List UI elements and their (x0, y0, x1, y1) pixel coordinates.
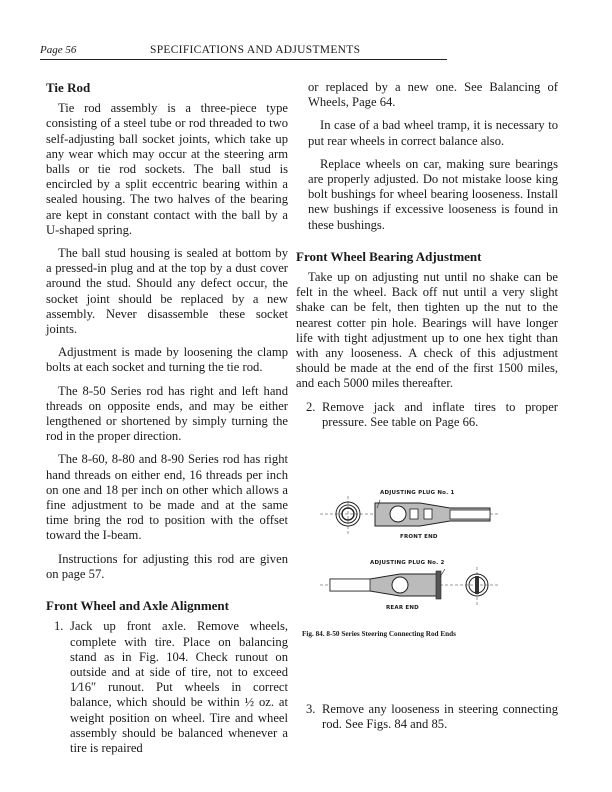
paragraph: Adjustment is made by loosening the clam… (46, 345, 288, 375)
paragraph: or replaced by a new one. See Balancing … (296, 80, 558, 110)
label-adjusting-plug-1: ADJUSTING PLUG No. 1 (380, 490, 455, 496)
paragraph: Take up on adjusting nut until no shake … (296, 270, 558, 392)
item-number: 1. (54, 619, 70, 756)
figure-rear-end: ADJUSTING PLUG No. 2 REAR END (300, 563, 550, 623)
page-number: Page 56 (40, 44, 76, 56)
section-heading-alignment: Front Wheel and Axle Alignment (46, 598, 288, 613)
right-column-bottom: 3. Remove any looseness in steering conn… (306, 702, 558, 740)
figure-front-end: ADJUSTING PLUG No. 1 FRONT END (300, 488, 550, 548)
paragraph: The 8-60, 8-80 and 8-90 Series rod has r… (46, 452, 288, 543)
paragraph: The ball stud housing is sealed at botto… (46, 246, 288, 337)
label-rear-end: REAR END (386, 605, 419, 611)
paragraph: The 8-50 Series rod has right and left h… (46, 384, 288, 445)
item-number: 2. (306, 400, 322, 430)
list-item: 2. Remove jack and inflate tires to prop… (296, 400, 558, 430)
rod-end-rear-diagram (300, 563, 550, 623)
label-front-end: FRONT END (400, 534, 438, 540)
paragraph: Tie rod assembly is a three-piece type c… (46, 101, 288, 238)
paragraph: Replace wheels on car, making sure beari… (296, 157, 558, 233)
item-text: Jack up front axle. Remove wheels, compl… (70, 619, 288, 756)
left-column: Tie Rod Tie rod assembly is a three-piec… (46, 80, 288, 764)
header-rule (40, 59, 447, 60)
item-text: Remove jack and inflate tires to proper … (322, 400, 558, 430)
section-heading-bearing: Front Wheel Bearing Adjustment (296, 249, 558, 264)
item-text: Remove any looseness in steering connect… (322, 702, 558, 732)
section-heading-tie-rod: Tie Rod (46, 80, 288, 95)
figure-caption: Fig. 84. 8-50 Series Steering Connecting… (302, 630, 456, 638)
list-item: 1. Jack up front axle. Remove wheels, co… (46, 619, 288, 756)
item-number: 3. (306, 702, 322, 732)
page-header: Page 56 SPECIFICATIONS AND ADJUSTMENTS (40, 44, 448, 60)
list-item: 3. Remove any looseness in steering conn… (306, 702, 558, 732)
paragraph: In case of a bad wheel tramp, it is nece… (296, 118, 558, 148)
right-column: or replaced by a new one. See Balancing … (296, 80, 558, 438)
label-adjusting-plug-2: ADJUSTING PLUG No. 2 (370, 560, 445, 566)
paragraph: Instructions for adjusting this rod are … (46, 552, 288, 582)
running-title: SPECIFICATIONS AND ADJUSTMENTS (150, 44, 360, 56)
